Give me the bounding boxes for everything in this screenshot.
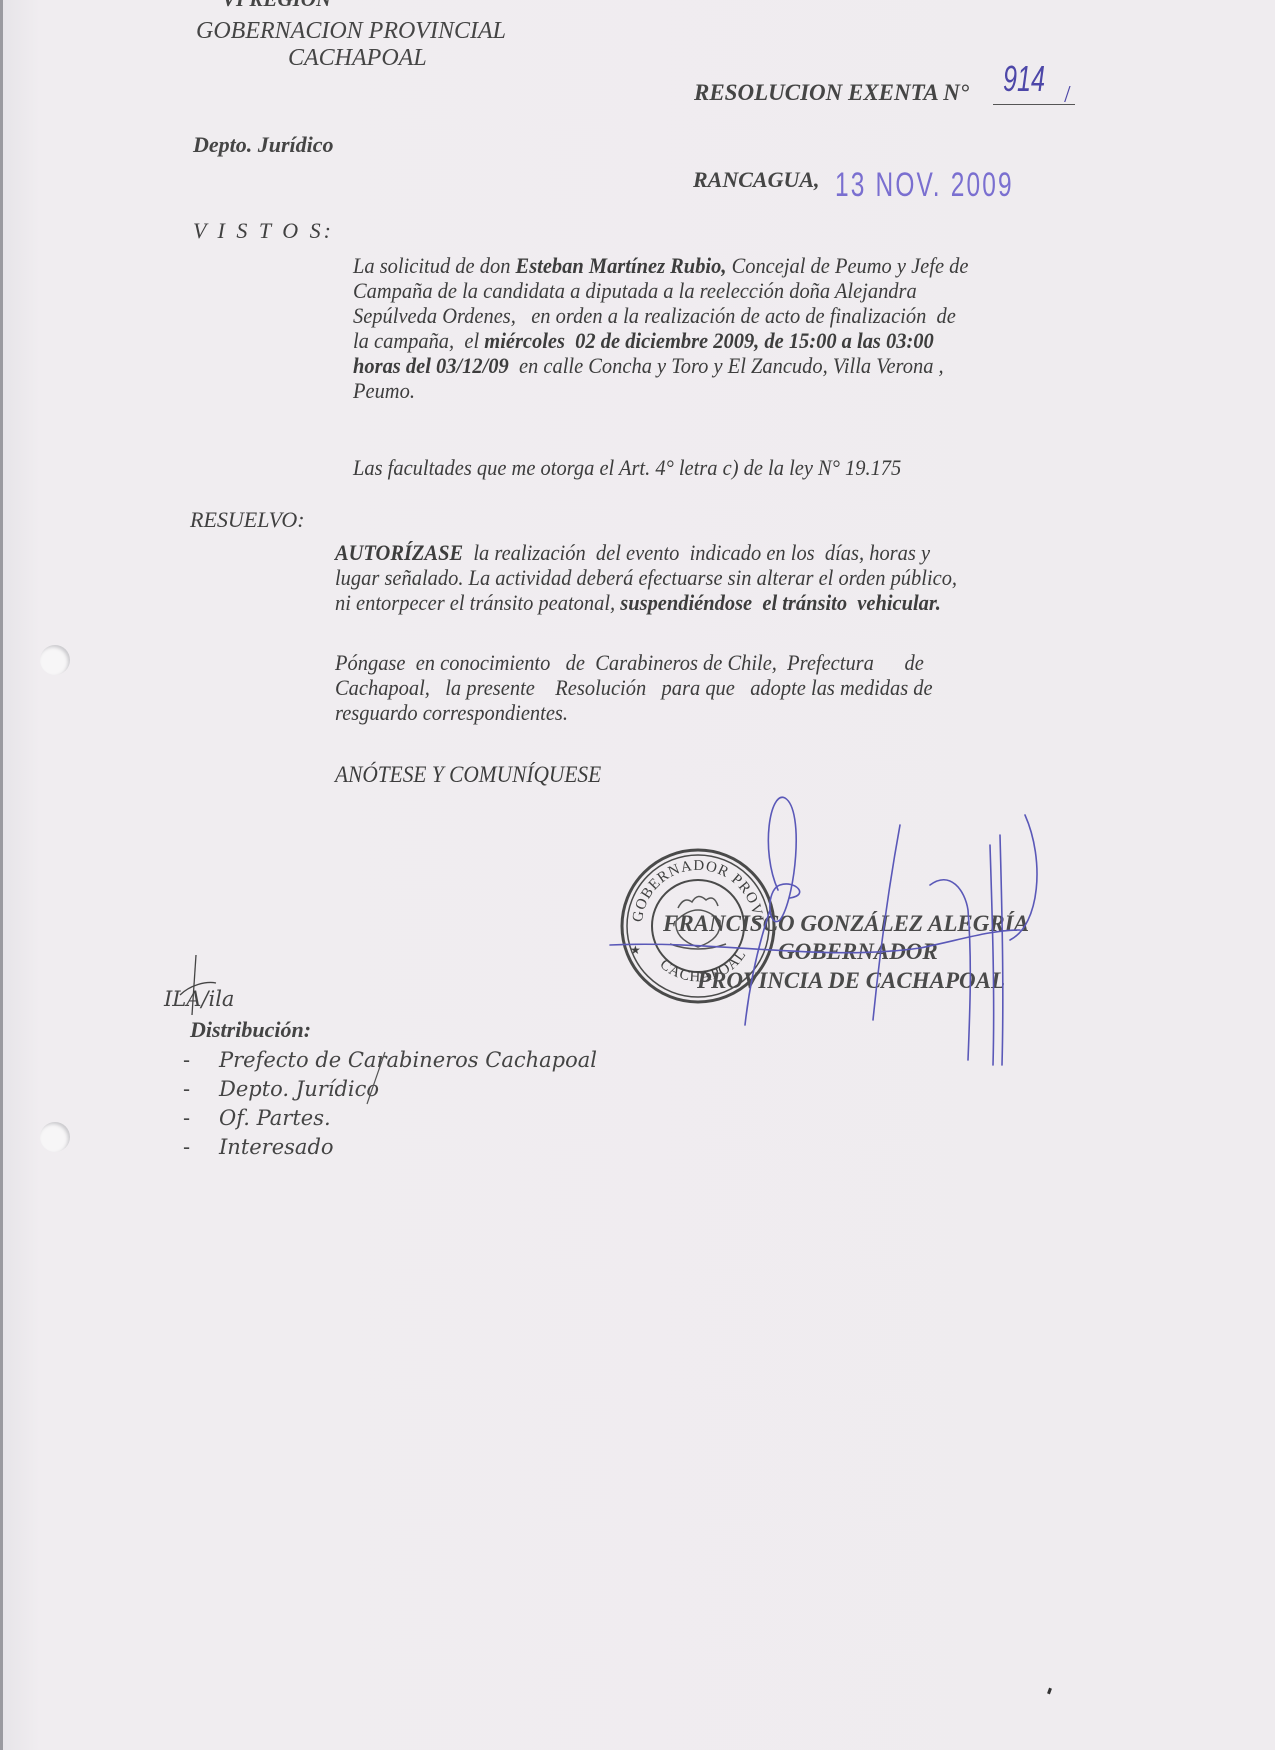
text-line: ni entorpecer el tránsito peatonal, susp… [335,590,957,615]
city-label: RANCAGUA, [693,167,820,193]
text-line: Póngase en conocimiento de Carabineros d… [335,650,933,675]
text-line: Sepúlveda Ordenes, en orden a la realiza… [353,303,968,328]
distribution-item: -Interesado [183,1133,597,1162]
punch-hole-icon [40,1122,70,1152]
scan-edge [0,0,3,1750]
department-label: Depto. Jurídico [193,132,334,158]
closing-formula: ANÓTESE Y COMUNÍQUESE [335,762,601,787]
number-underline [993,104,1075,105]
text-line: Peumo. [353,378,968,403]
distribution-heading: Distribución: [190,1015,311,1044]
punch-hole-icon [40,645,70,675]
text-line: resguardo correspondientes. [335,700,933,725]
office-title: GOBERNACION PROVINCIAL [196,18,506,45]
number-tick: / [1065,82,1069,108]
text-line: horas del 03/12/09 en calle Concha y Tor… [353,353,968,378]
text-line: Cachapoal, la presente Resolución para q… [335,675,933,700]
resuelvo-paragraph-1: AUTORÍZASE la realización del evento ind… [335,540,957,615]
vistos-paragraph-1: La solicitud de don Esteban Martínez Rub… [353,253,968,403]
handwritten-signature-icon [600,790,1060,1080]
resuelvo-paragraph-2: Póngase en conocimiento de Carabineros d… [335,650,933,725]
text-line: La solicitud de don Esteban Martínez Rub… [353,253,968,278]
text-line: Campaña de la candidata a diputada a la … [353,278,968,303]
resolution-number: 914 [1003,58,1045,100]
date-stamp: 13 NOV. 2009 [835,166,1014,205]
province-title: CACHAPOAL [288,45,427,72]
text-line: lugar señalado. La actividad deberá efec… [335,565,957,590]
vistos-paragraph-2: Las facultades que me otorga el Art. 4° … [353,455,901,480]
vistos-heading: V I S T O S: [193,218,334,244]
region-label: VI REGION [222,0,331,12]
checkmark-icon [355,1052,395,1112]
text-line: AUTORÍZASE la realización del evento ind… [335,540,957,565]
resolution-label: RESOLUCION EXENTA N° [694,80,969,106]
resuelvo-heading: RESUELVO: [190,507,305,533]
text-line: la campaña, el miércoles 02 de diciembre… [353,328,968,353]
